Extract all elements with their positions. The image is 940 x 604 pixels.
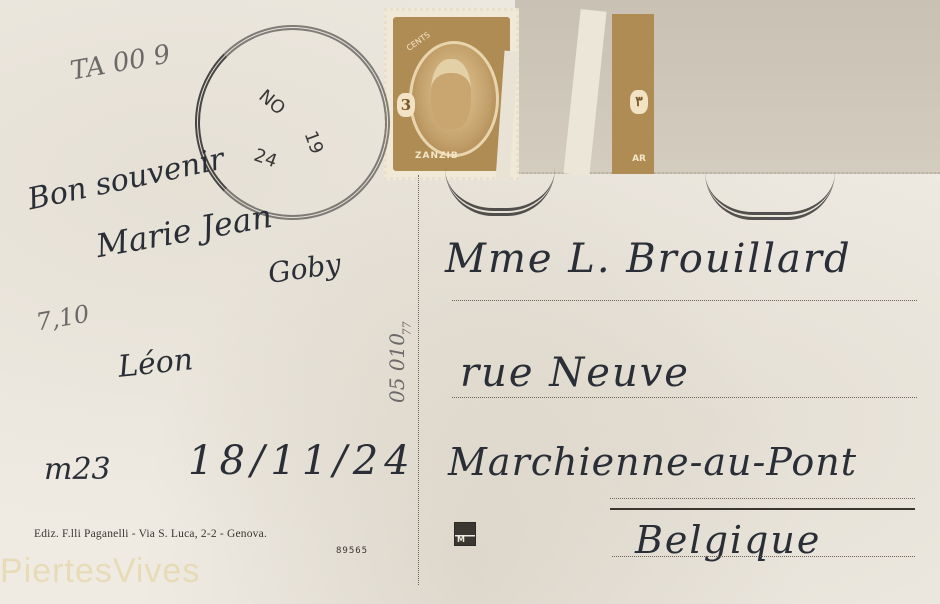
message-date: 18/11/24 bbox=[188, 438, 416, 484]
message-name-goby: Goby bbox=[266, 247, 343, 290]
cancellation-mark bbox=[705, 172, 835, 220]
address-city: Marchienne-au-Pont bbox=[448, 440, 857, 484]
cancellation-mark bbox=[445, 168, 555, 216]
address-line bbox=[612, 556, 915, 557]
message-initials: m23 bbox=[44, 452, 111, 487]
postmark bbox=[195, 25, 390, 220]
postcard-divider bbox=[418, 175, 419, 585]
stamp-value-arabic: ٣ bbox=[630, 90, 648, 114]
stamp-zanzibar-3-cents: CENTS 3 ZANZIB bbox=[384, 8, 519, 180]
margin-code: 05 010 bbox=[385, 333, 409, 403]
serial-number: 89565 bbox=[336, 546, 368, 556]
address-underline bbox=[610, 508, 915, 510]
postcard-back: CENTS 3 ZANZIB ٣ AR NO 19 24 TA 00 9 Bon… bbox=[0, 0, 940, 604]
address-street: rue Neuve bbox=[460, 350, 690, 396]
stamp-value: 3 bbox=[397, 93, 415, 117]
address-line bbox=[610, 498, 915, 499]
message-signature: Léon bbox=[116, 342, 194, 385]
message-names: Marie Jean bbox=[93, 197, 275, 265]
watermark: PiertesVives bbox=[0, 552, 200, 591]
publisher-imprint: Ediz. F.lli Paganelli - Via S. Luca, 2-2… bbox=[34, 528, 267, 540]
address-recipient: Mme L. Brouillard bbox=[445, 236, 852, 282]
address-line bbox=[452, 397, 917, 398]
stamp-country-fragment: AR bbox=[632, 154, 646, 164]
message-greeting: Bon souvenir bbox=[25, 142, 228, 218]
stamp-country: ZANZIB bbox=[415, 151, 459, 161]
pencil-reference: TA 00 9 bbox=[68, 39, 173, 86]
pencil-price: 7,10 bbox=[34, 300, 91, 337]
sultan-portrait-icon bbox=[431, 59, 471, 129]
publisher-logo-icon: M bbox=[454, 522, 476, 546]
margin-code-small: 77 bbox=[401, 322, 414, 336]
address-line bbox=[452, 300, 917, 301]
